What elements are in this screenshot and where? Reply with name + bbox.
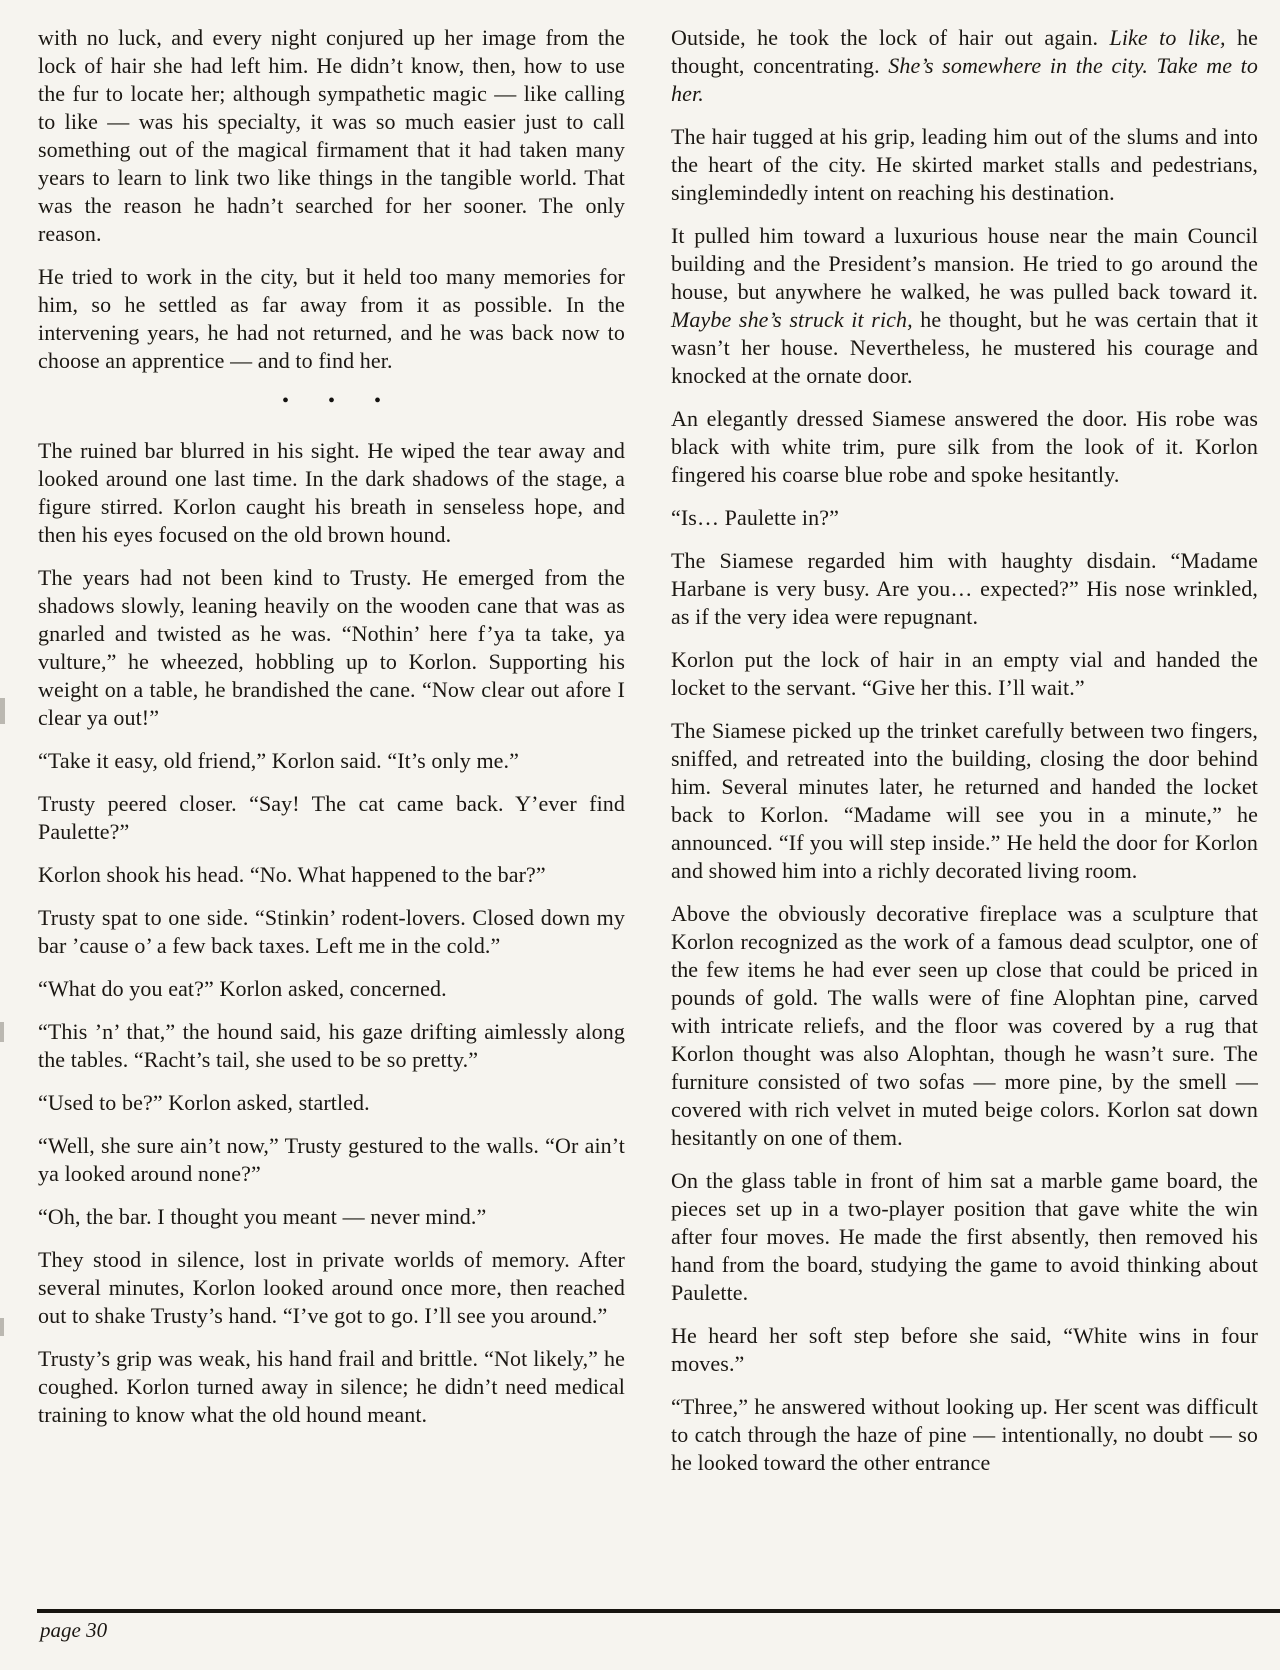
story-paragraph: Trusty peered closer. “Say! The cat came…	[38, 790, 625, 846]
text-run: Trusty spat to one side. “Stinkin’ roden…	[38, 905, 625, 958]
text-run: “Three,” he answered without looking up.…	[671, 1394, 1258, 1475]
story-paragraph: “Is… Paulette in?”	[671, 504, 1258, 532]
text-run: “What do you eat?” Korlon asked, concern…	[38, 976, 447, 1001]
story-paragraph: He heard her soft step before she said, …	[671, 1322, 1258, 1378]
text-run: The hair tugged at his grip, leading him…	[671, 124, 1258, 205]
left-column: with no luck, and every night conjured u…	[38, 24, 625, 1492]
text-run: “Used to be?” Korlon asked, startled.	[38, 1090, 370, 1115]
text-run: It pulled him toward a luxurious house n…	[671, 223, 1258, 304]
text-run: Trusty peered closer. “Say! The cat came…	[38, 791, 625, 844]
text-run: He heard her soft step before she said, …	[671, 1323, 1258, 1376]
story-paragraph: Korlon put the lock of hair in an empty …	[671, 646, 1258, 702]
text-run: The Siamese picked up the trinket carefu…	[671, 718, 1258, 883]
story-paragraph: It pulled him toward a luxurious house n…	[671, 222, 1258, 390]
story-paragraph: “Well, she sure ain’t now,” Trusty gestu…	[38, 1132, 625, 1188]
footer-rule	[37, 1609, 1280, 1613]
story-paragraph: The hair tugged at his grip, leading him…	[671, 123, 1258, 207]
story-paragraph: He tried to work in the city, but it hel…	[38, 263, 625, 375]
story-paragraph: “Take it easy, old friend,” Korlon said.…	[38, 747, 625, 775]
text-run: The ruined bar blurred in his sight. He …	[38, 438, 625, 547]
italic-text-run: Maybe she’s struck it rich,	[671, 307, 913, 332]
section-break-dots: • • •	[38, 390, 625, 413]
story-paragraph: “Used to be?” Korlon asked, startled.	[38, 1089, 625, 1117]
text-run: Korlon shook his head. “No. What happene…	[38, 862, 546, 887]
text-run: Trusty’s grip was weak, his hand frail a…	[38, 1346, 625, 1427]
story-paragraph: Above the obviously decorative fireplace…	[671, 900, 1258, 1152]
text-run: They stood in silence, lost in private w…	[38, 1247, 625, 1328]
text-run: Korlon put the lock of hair in an empty …	[671, 647, 1258, 700]
scan-artifact	[0, 1022, 4, 1042]
story-paragraph: An elegantly dressed Siamese answered th…	[671, 405, 1258, 489]
text-run: An elegantly dressed Siamese answered th…	[671, 406, 1258, 487]
story-paragraph: The Siamese regarded him with haughty di…	[671, 547, 1258, 631]
story-paragraph: Trusty’s grip was weak, his hand frail a…	[38, 1345, 625, 1429]
scan-artifact	[0, 1318, 4, 1336]
italic-text-run: Like to like,	[1110, 25, 1226, 50]
text-run: The Siamese regarded him with haughty di…	[671, 548, 1258, 629]
two-column-text-block: with no luck, and every night conjured u…	[38, 24, 1258, 1492]
text-run: He tried to work in the city, but it hel…	[38, 264, 625, 373]
text-run: “Well, she sure ain’t now,” Trusty gestu…	[38, 1133, 625, 1186]
text-run: The years had not been kind to Trusty. H…	[38, 565, 625, 730]
story-paragraph: “Three,” he answered without looking up.…	[671, 1393, 1258, 1477]
story-paragraph: Outside, he took the lock of hair out ag…	[671, 24, 1258, 108]
text-run: “Take it easy, old friend,” Korlon said.…	[38, 748, 519, 773]
scan-artifact	[0, 698, 5, 724]
text-run: “Is… Paulette in?”	[671, 505, 839, 530]
story-paragraph: The ruined bar blurred in his sight. He …	[38, 437, 625, 549]
story-paragraph: Korlon shook his head. “No. What happene…	[38, 861, 625, 889]
story-paragraph: The years had not been kind to Trusty. H…	[38, 564, 625, 732]
story-paragraph: They stood in silence, lost in private w…	[38, 1246, 625, 1330]
scanned-story-page: with no luck, and every night conjured u…	[0, 0, 1280, 1670]
story-paragraph: with no luck, and every night conjured u…	[38, 24, 625, 248]
story-paragraph: Trusty spat to one side. “Stinkin’ roden…	[38, 904, 625, 960]
text-run: “This ’n’ that,” the hound said, his gaz…	[38, 1019, 625, 1072]
story-paragraph: On the glass table in front of him sat a…	[671, 1167, 1258, 1307]
page-number: page 30	[40, 1618, 107, 1643]
story-paragraph: “What do you eat?” Korlon asked, concern…	[38, 975, 625, 1003]
story-paragraph: “This ’n’ that,” the hound said, his gaz…	[38, 1018, 625, 1074]
text-run: On the glass table in front of him sat a…	[671, 1168, 1258, 1305]
right-column: Outside, he took the lock of hair out ag…	[671, 24, 1258, 1492]
story-paragraph: “Oh, the bar. I thought you meant — neve…	[38, 1203, 625, 1231]
text-run: “Oh, the bar. I thought you meant — neve…	[38, 1204, 486, 1229]
story-paragraph: The Siamese picked up the trinket carefu…	[671, 717, 1258, 885]
text-run: Above the obviously decorative fireplace…	[671, 901, 1258, 1150]
text-run: with no luck, and every night conjured u…	[38, 25, 625, 246]
text-run: Outside, he took the lock of hair out ag…	[671, 25, 1110, 50]
